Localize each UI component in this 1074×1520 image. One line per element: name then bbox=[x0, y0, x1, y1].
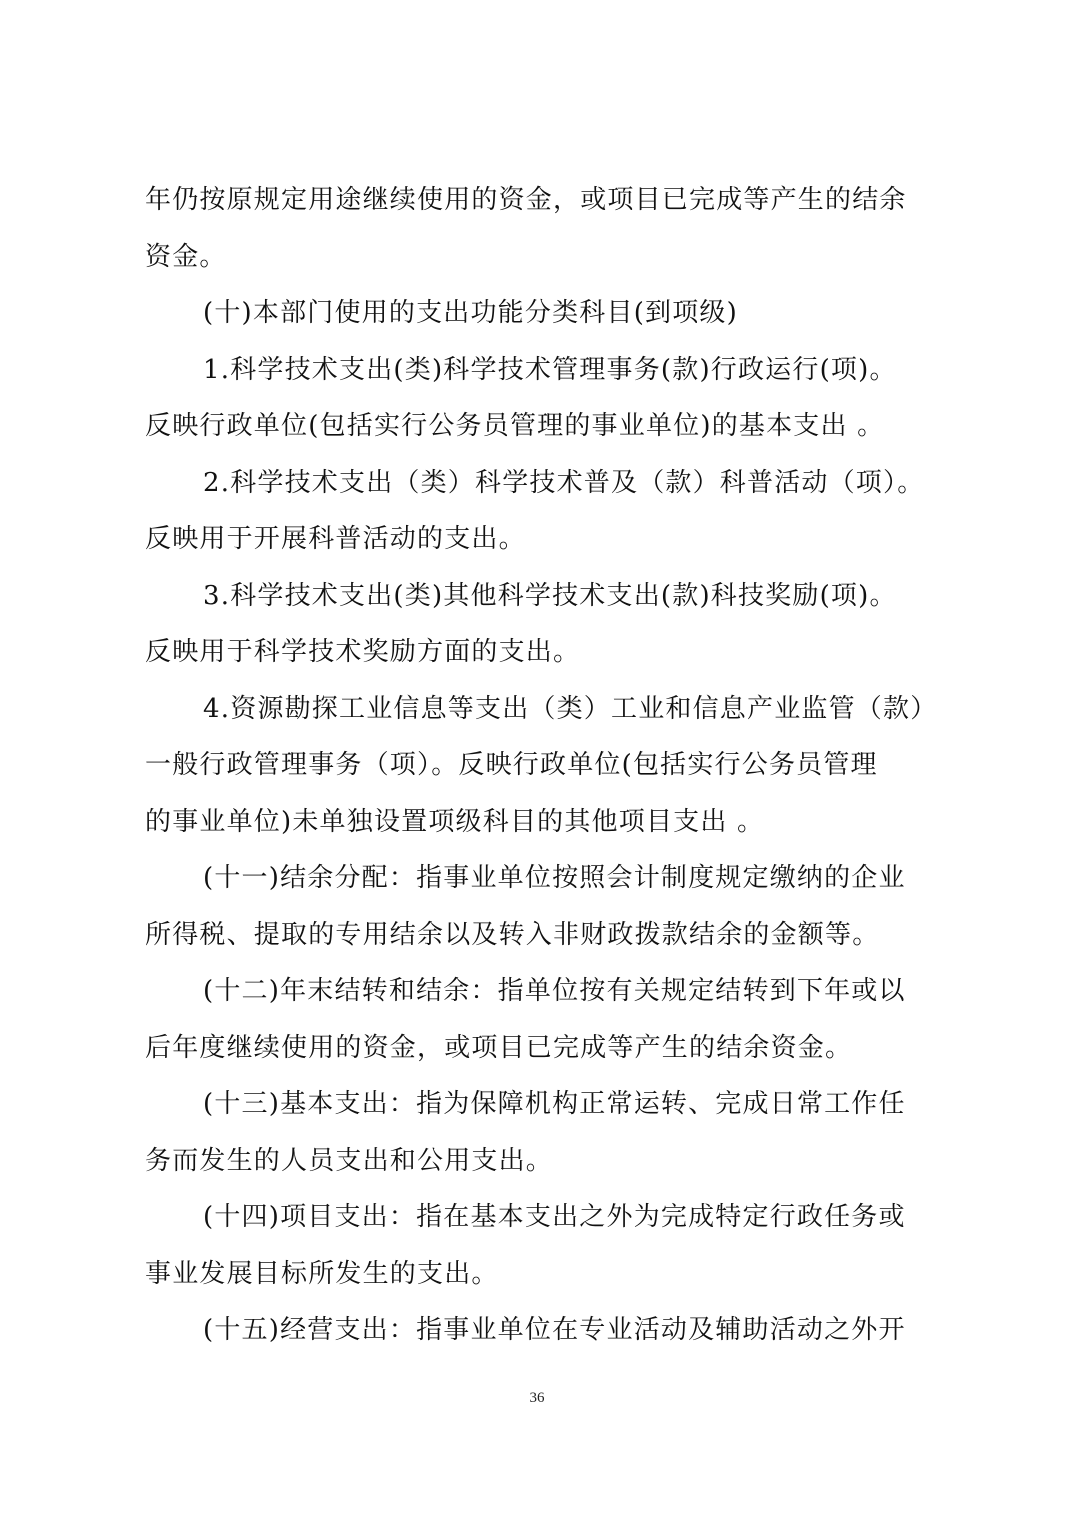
list-item-4-continuation: 一般行政管理事务（项）。反映行政单位(包括实行公务员管理 bbox=[145, 737, 945, 794]
paragraph-14: (十四)项目支出：指在基本支出之外为完成特定行政任务或 bbox=[145, 1189, 945, 1246]
paragraph-13-continuation: 务而发生的人员支出和公用支出。 bbox=[145, 1133, 945, 1190]
text-line-continuation: 资金。 bbox=[145, 229, 945, 286]
document-page: 年仍按原规定用途继续使用的资金，或项目已完成等产生的结余 资金。 (十)本部门使… bbox=[0, 0, 1074, 1520]
paragraph-11: (十一)结余分配：指事业单位按照会计制度规定缴纳的企业 bbox=[145, 850, 945, 907]
paragraph-12: (十二)年末结转和结余：指单位按有关规定结转到下年或以 bbox=[145, 963, 945, 1020]
text-line-continuation: 年仍按原规定用途继续使用的资金，或项目已完成等产生的结余 bbox=[145, 172, 945, 229]
list-item-3: 3.科学技术支出(类)其他科学技术支出(款)科技奖励(项)。 bbox=[145, 568, 945, 625]
paragraph-14-continuation: 事业发展目标所发生的支出。 bbox=[145, 1246, 945, 1303]
paragraph-13: (十三)基本支出：指为保障机构正常运转、完成日常工作任 bbox=[145, 1076, 945, 1133]
paragraph-11-continuation: 所得税、提取的专用结余以及转入非财政拨款结余的金额等。 bbox=[145, 907, 945, 964]
paragraph-15: (十五)经营支出：指事业单位在专业活动及辅助活动之外开 bbox=[145, 1302, 945, 1359]
document-body: 年仍按原规定用途继续使用的资金，或项目已完成等产生的结余 资金。 (十)本部门使… bbox=[145, 172, 945, 1359]
list-item-1: 1.科学技术支出(类)科学技术管理事务(款)行政运行(项)。 bbox=[145, 342, 945, 399]
list-item-2: 2.科学技术支出（类）科学技术普及（款）科普活动（项）。 bbox=[145, 455, 945, 512]
page-number: 36 bbox=[0, 1390, 1074, 1407]
list-item-1-continuation: 反映行政单位(包括实行公务员管理的事业单位)的基本支出 。 bbox=[145, 398, 945, 455]
list-item-3-continuation: 反映用于科学技术奖励方面的支出。 bbox=[145, 624, 945, 681]
list-item-4: 4.资源勘探工业信息等支出（类）工业和信息产业监管（款） bbox=[145, 681, 945, 738]
paragraph-12-continuation: 后年度继续使用的资金，或项目已完成等产生的结余资金。 bbox=[145, 1020, 945, 1077]
list-item-4-continuation: 的事业单位)未单独设置项级科目的其他项目支出 。 bbox=[145, 794, 945, 851]
list-item-2-continuation: 反映用于开展科普活动的支出。 bbox=[145, 511, 945, 568]
section-heading-10: (十)本部门使用的支出功能分类科目(到项级) bbox=[145, 285, 945, 342]
